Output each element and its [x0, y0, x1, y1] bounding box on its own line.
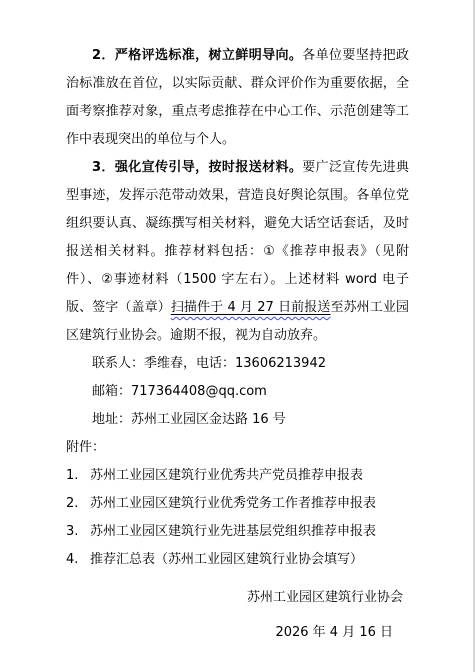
- attachment-item-1-text: 苏州工业园区建筑行业优秀共产党员推荐申报表: [90, 462, 363, 490]
- attachment-item-1-number: 1.: [66, 462, 90, 490]
- attachments-label: 附件：: [66, 434, 409, 462]
- contact-address-line: 地址：苏州工业园区金达路 16 号: [66, 406, 409, 434]
- document-content: 2．严格评选标准，树立鲜明导向。各单位要坚持把政治标准放在首位，以实际贡献、群众…: [66, 42, 409, 647]
- contact-person-line: 联系人：季维春，电话：13606213942: [66, 350, 409, 378]
- attachment-item-3: 3. 苏州工业园区建筑行业先进基层党组织推荐申报表: [66, 518, 409, 546]
- attachment-item-2-number: 2.: [66, 490, 90, 518]
- document-page: 2．严格评选标准，树立鲜明导向。各单位要坚持把政治标准放在首位，以实际贡献、群众…: [0, 0, 475, 672]
- attachment-item-2-text: 苏州工业园区建筑行业优秀党务工作者推荐申报表: [90, 490, 376, 518]
- paragraph-evaluation-standards: 2．严格评选标准，树立鲜明导向。各单位要坚持把政治标准放在首位，以实际贡献、群众…: [66, 42, 409, 154]
- signature-date: 2026 年 4 月 16 日: [66, 619, 409, 647]
- signature-organization: 苏州工业园区建筑行业协会: [66, 584, 409, 612]
- attachment-item-1: 1. 苏州工业园区建筑行业优秀共产党员推荐申报表: [66, 462, 409, 490]
- deadline-underlined-text: 扫描件于 4 月 27 日前报送: [171, 300, 331, 315]
- paragraph-2-bold-heading: 2．严格评选标准，树立鲜明导向。: [92, 48, 302, 63]
- deadline-grammar-squiggle: 扫描件于 4 月 27 日前报送: [171, 300, 331, 315]
- attachment-item-4-text: 推荐汇总表（苏州工业园区建筑行业协会填写）: [90, 546, 363, 574]
- attachment-item-3-text: 苏州工业园区建筑行业先进基层党组织推荐申报表: [90, 518, 376, 546]
- attachment-item-3-number: 3.: [66, 518, 90, 546]
- paragraph-publicity-materials: 3．强化宣传引导，按时报送材料。要广泛宣传先进典型事迹，发挥示范带动效果，营造良…: [66, 154, 409, 350]
- paragraph-3-bold-heading: 3．强化宣传引导，按时报送材料。: [92, 160, 302, 175]
- paragraph-3-body-text-before: 要广泛宣传先进典型事迹，发挥示范带动效果，营造良好舆论氛围。各单位党组织要认真、…: [66, 160, 409, 315]
- attachment-item-4-number: 4.: [66, 546, 90, 574]
- contact-email-line: 邮箱：717364408@qq.com: [66, 378, 409, 406]
- attachment-item-4: 4. 推荐汇总表（苏州工业园区建筑行业协会填写）: [66, 546, 409, 574]
- attachment-item-2: 2. 苏州工业园区建筑行业优秀党务工作者推荐申报表: [66, 490, 409, 518]
